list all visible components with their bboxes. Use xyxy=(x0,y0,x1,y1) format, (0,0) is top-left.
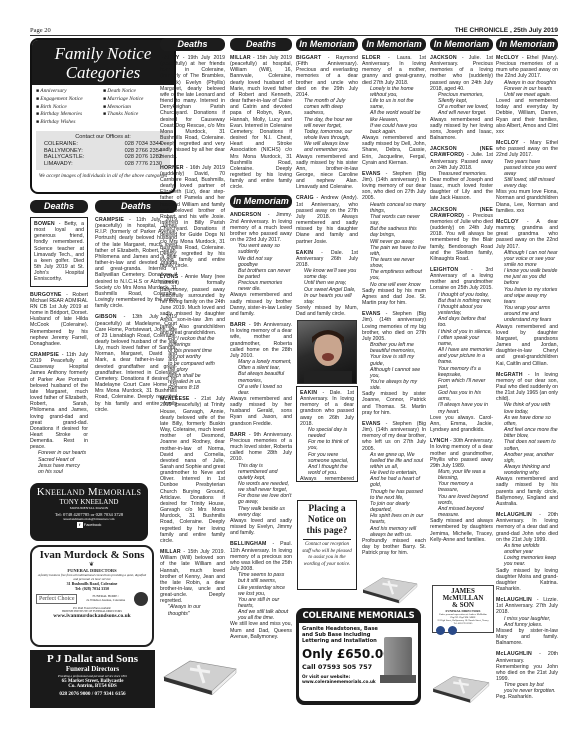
notice-signoff: Love you always. Carol-Ann, Emma, Jackie… xyxy=(430,415,493,433)
notice-signoff: Miss you mum love Fiona, Norman and gran… xyxy=(496,189,558,214)
notice-verse-line: Your love is still my guide, xyxy=(362,354,426,366)
notice-verse-line: Today, tomorrow, our whole lives through… xyxy=(296,129,358,141)
office-phone: 028 7776 2130 xyxy=(125,161,162,167)
notice-surname: EVANS xyxy=(362,311,381,317)
notice-surname: BURGOYNE xyxy=(30,292,62,298)
notice-verse-line: They walk beside us every day. xyxy=(230,506,292,518)
notice-entry: LYONS - Annie Mary (nee Lamont) formally… xyxy=(160,274,225,391)
notice-signoff: Always remembered and loved by daughter … xyxy=(496,324,558,367)
notice-verse-line: I miss your laughter, xyxy=(496,616,558,622)
category-item: Anniversary xyxy=(36,88,103,96)
notice-text: - Robert Michael REAR ADMIRAL RN CB 1st … xyxy=(30,292,88,347)
notice-verse-line: Your memory it's a keepsake, xyxy=(430,366,493,378)
notice-signoff: Profoundly missed each day by brother Ba… xyxy=(362,538,426,556)
section-header-deaths: Deaths xyxy=(30,200,88,213)
notice-text: - 16th July 2019 (suddenly) David, 70 Ca… xyxy=(160,165,225,270)
notice-surname: HORNER xyxy=(160,165,184,171)
notice-verse-line: All the world would be like Heaven, xyxy=(362,110,426,122)
bible-icon xyxy=(430,670,492,706)
office-town: LIMAVADY: xyxy=(44,161,73,167)
crest-icon xyxy=(436,626,445,635)
notice-signoff: Always remembered and sadly missed by he… xyxy=(430,117,493,142)
notice-verse-line: I thought about you yesterday, xyxy=(430,304,493,316)
notice-entry: McALEESE - 21st July 2019 (peacefully) a… xyxy=(160,396,225,544)
header-rule xyxy=(30,35,558,36)
notice-surname: MILLAR xyxy=(160,549,181,555)
mcmullan-phone: Tel: 028 276 62265 xyxy=(433,622,493,625)
notice-signoff: Peg. Rasharkin. xyxy=(496,694,558,700)
notice-verse-line: You're always by my side. xyxy=(362,379,426,391)
notice-verse-line: I know you walk beside me just as you di… xyxy=(496,268,558,286)
notice-entry: HORNER - 16th July 2019 (suddenly) David… xyxy=(160,165,225,270)
page-number: Page 20 xyxy=(30,27,51,34)
family-notice-categories: Family Notice Categories AnniversaryDeat… xyxy=(30,38,176,194)
notice-verse-line: That words can never say, xyxy=(362,214,426,226)
notice-signoff: Always remembered and sadly missed by hi… xyxy=(496,476,558,507)
notice-verse-line: I think of you in silence, xyxy=(430,329,493,335)
notice-text: - Betty, a most loyal and generous frien… xyxy=(34,221,84,282)
notice-verse-line: I thought of you today, xyxy=(430,292,493,298)
office-row: LIMAVADY:028 7776 2130 xyxy=(44,161,162,167)
offices-box: Contact our Offices at: COLERAINE:028 70… xyxy=(36,131,170,170)
notice-verse-line: But the sadness this day brings, xyxy=(362,226,426,238)
notice-verse-line: You are still in our hearts, xyxy=(230,597,292,609)
notice-text: - Precious memories of Julie who died (s… xyxy=(430,213,493,262)
notice-entry: McCLOY - A dear mammy, grandma and great… xyxy=(496,219,558,367)
section-header-in-memoriam: In Memoriam xyxy=(496,38,558,51)
notice-verse-line: For me to think of you, xyxy=(300,439,354,451)
notice-entry: JACKSON (NEE CRAWFORD) - Julie. 1st Anni… xyxy=(430,146,493,201)
kneeland-email: kneelandmemorials@btinternet.com xyxy=(30,517,148,521)
notice-entry: McLAUGHLIN - 20th Anniversary. Rememberi… xyxy=(496,651,558,700)
notice-text: - Raymond (Fifth Anniversary). Precious … xyxy=(296,55,358,98)
category-item: Engagement Notice xyxy=(36,96,103,104)
kneeland-memorials-ad: Kneeland Memorials TONY KNEELAND MONUMEN… xyxy=(30,483,148,541)
notice-signoff: Sorely missed by Mum, Dad and family cir… xyxy=(296,305,358,317)
notice-verse-line: I often speak your name, xyxy=(430,335,493,347)
placing-notice-box: Placing a Notice on this page? Contact o… xyxy=(297,500,357,590)
notice-entry: BELLINGHAM - Paul. 11th Anniversary. In … xyxy=(230,541,292,640)
notice-surname: HARDY xyxy=(160,55,179,61)
notice-entry: McLAUGHLIN - Lizzie. 1st Anniversary. 27… xyxy=(496,597,558,646)
notice-text: - 21st July 2019 (peacefully) at Trinity… xyxy=(160,396,225,544)
notice-text: - 11th July 2019 Peacefully at Causeway … xyxy=(30,352,88,450)
notice-signoff: Always remembered and sadly missed by he… xyxy=(230,396,292,427)
pj-description: Providing a professional and personal se… xyxy=(30,674,155,678)
notice-verse-line: He lived to entertain, And he had a hear… xyxy=(362,470,426,488)
notice-verse-line: No words are needed, we shall never forg… xyxy=(230,481,292,493)
deaths-column-1: Deaths BOWEN - Betty, a most loyal and g… xyxy=(30,200,88,480)
notice-verse-line: And will never forget. xyxy=(430,110,493,116)
notice-verse-line: No special day is needed xyxy=(300,427,354,439)
memoriam-column-6: In Memoriam ELDER - Laura. 1st Anniversa… xyxy=(362,38,426,573)
mcmullan-title: JAMES McMULLAN xyxy=(433,586,493,602)
notice-surname: BARR xyxy=(230,322,246,328)
notice-verse-line: thoughts" xyxy=(160,611,225,617)
offices-heading: Contact our Offices at: xyxy=(44,134,162,140)
notice-verse-line: And missed beyond measure. xyxy=(430,506,493,518)
notice-text: - Dale. 1st Anniversary. In loving memor… xyxy=(300,390,354,427)
coleraine-title: COLERAINE MEMORIALS xyxy=(296,608,421,623)
notice-surname: BOWEN xyxy=(34,221,55,227)
notice-verse-line: And I thought the world of you. xyxy=(300,464,354,476)
category-item: Birthday Wishes xyxy=(36,119,103,127)
kneeland-title: Kneeland Memorials xyxy=(30,483,148,498)
notice-verse-line: Still loved, still missed every day. xyxy=(496,177,558,189)
notice-verse-line: And feel once more the bitter blow, xyxy=(496,427,558,439)
notice-signoff: Always remembered and sadly missed by br… xyxy=(230,292,292,317)
portrait-image xyxy=(298,321,357,384)
notice-entry: ELDER - Laura. 1st Anniversary. In lovin… xyxy=(362,55,426,166)
categories-title: Family Notice Categories xyxy=(32,40,174,85)
notice-text: - 15th July 2019 (peacefully) at hospita… xyxy=(230,55,292,190)
ivan-description: A family business free from all multinat… xyxy=(32,573,152,581)
perfect-choice-text: Perfect Choice xyxy=(39,596,74,602)
association-icon xyxy=(448,626,457,635)
title-line-2: Categories xyxy=(32,63,174,82)
notice-text: - 15th July 2019. William (Will) beloved… xyxy=(160,549,225,604)
notice-verse-line: Two years have passed since you went awa… xyxy=(496,159,558,177)
notice-verse-line: Time goes by but you're never forgotten. xyxy=(496,682,558,694)
perfect-choice-logo: Perfect Choice xyxy=(36,594,77,604)
memoriam-column-5: In Memoriam BIGGART - Raymond (Fifth Ann… xyxy=(296,38,358,318)
notice-verse-line: Although I cannot see you, xyxy=(362,367,426,379)
notice-entry: BURGOYNE - Robert Michael REAR ADMIRAL R… xyxy=(30,292,88,347)
placing-body: Contact our reception staff who will be … xyxy=(298,542,356,568)
notice-entry: EVANS - Stephen (Big Jim). (14th anniver… xyxy=(362,421,426,556)
notice-surname: JACKSON xyxy=(430,55,457,61)
notice-signoff: Dear mother of Joseph and Isaac, much lo… xyxy=(430,177,493,202)
ivan-website[interactable]: www.ivanmurdockandsons.co.uk xyxy=(32,613,152,619)
notice-entry: CRAMPSIE - 11th July 2019 Peacefully at … xyxy=(30,352,88,475)
notice-verse-line: Lonely is the home without you, xyxy=(362,86,426,98)
notice-entry: MILLAR - 15th July 2019 (peacefully) at … xyxy=(230,55,292,190)
notice-verse-line: Always in our thoughts xyxy=(496,80,558,86)
notice-verse-line: We know we'll see you some day. xyxy=(296,268,358,280)
notice-verse-line: Loving memories keep you near. xyxy=(496,555,558,567)
notice-verse-line: I'll always have you in my heart. xyxy=(430,402,493,414)
notice-entry: McLAUGHLIN - 20th Anniversary. In loving… xyxy=(496,512,558,592)
notice-surname: EAKIN xyxy=(296,250,313,256)
notice-verse-line: The day, the hour we will never forget, xyxy=(296,117,358,129)
notice-verse-line: Mum, your life was a blessing, xyxy=(430,469,493,481)
placing-line-2: Notice on xyxy=(298,515,356,526)
headstone-image xyxy=(384,637,412,677)
notice-verse-line: This day is remembered and quietly kept, xyxy=(230,463,292,481)
notice-verse-line: on his soul xyxy=(30,469,88,475)
publication-date: THE CHRONICLE , 25th July 2019 xyxy=(455,27,558,34)
title-line-1: Family Notice xyxy=(32,44,174,63)
ivan-murdock-ad: Ivan Murdock & Sons ❦ FUNERAL DIRECTORS … xyxy=(30,545,154,647)
notice-entry: BARR - 9th Anniversary. In loving memory… xyxy=(230,322,292,427)
notice-signoff: Sadly missed and always remembered by da… xyxy=(430,518,493,543)
notice-verse-line: Romans 8:18 xyxy=(160,385,225,391)
notice-surname: CRAMPSIE xyxy=(30,352,59,358)
notice-verse-line: As we grew up, We fuelled the life and s… xyxy=(362,452,426,470)
facebook-badge[interactable]: f Facebook xyxy=(30,522,148,528)
notice-verse-line: Our sweet Angel Dale, xyxy=(296,287,358,293)
notice-surname: LEIGHTON xyxy=(430,267,458,273)
bible-icon xyxy=(360,573,420,605)
pj-dallat-ad: P J Dallat and Sons Funeral Directors Pr… xyxy=(30,650,155,708)
notice-verse-line: You went away so suddenly xyxy=(230,243,292,255)
notice-entry: JACKSON (NEE CRAWFORD) - Precious memori… xyxy=(430,207,493,262)
notice-surname: LYONS xyxy=(160,274,178,280)
notice-verse-line: Like yesterday since we lost you, xyxy=(230,585,292,597)
notice-entry: JACKSON - Julie. 1st Anniversary. Precio… xyxy=(430,55,493,141)
deaths-column-3: Deaths HARDY - 19th July 2019 (peacefull… xyxy=(160,38,225,648)
kneeland-name: TONY KNEELAND xyxy=(30,498,148,506)
notice-verse-line: The emptiness without you, xyxy=(362,269,426,281)
funeral-home-address: 2a Windsor Avenue, Coleraine xyxy=(86,599,125,603)
section-header-in-memoriam: In Memoriam xyxy=(430,38,493,51)
notice-verse-line: Brother you left me beautiful memories, xyxy=(362,342,426,354)
notice-surname: McALEESE xyxy=(160,396,190,402)
category-item: Birth Notice xyxy=(36,104,103,112)
notice-surname: EVANS xyxy=(362,171,381,177)
notice-signoff: Sadly missed by his mum Agnes and dad Jo… xyxy=(362,288,426,306)
kneeland-role: MONUMENTAL MASON xyxy=(30,506,148,510)
notice-entry: EVANS - Stephen (Big Jim). (14th anniver… xyxy=(362,311,426,416)
notice-verse-line: But always beautiful memories, xyxy=(230,371,292,383)
notice-surname: MILLAR xyxy=(230,55,251,61)
section-header-in-memoriam: In Memoriam xyxy=(362,38,426,51)
notice-surname: McLAUGHLIN xyxy=(496,597,532,603)
placing-line-1: Placing a xyxy=(298,504,356,515)
notice-verse-line: Of a wife I loved so dear. xyxy=(230,384,292,396)
notice-surname: ANDERSON xyxy=(230,212,261,218)
notice-surname: McGRATH xyxy=(496,372,523,378)
notice-entry: LEIGHTON - 3rd Anniversary of a loving m… xyxy=(430,267,493,433)
notice-verse-line: Hearts conceal so many things, xyxy=(362,202,426,214)
facebook-icon: f xyxy=(77,522,83,528)
notice-verse-line: If we could have you back again. xyxy=(362,123,426,135)
bible-icon xyxy=(160,655,240,697)
notice-entry: EAKIN - Dale. 1st Anniversary. In loving… xyxy=(300,390,354,482)
section-header-in-memoriam: In Memoriam xyxy=(230,195,292,208)
pj-phones: 028 2076 9000 / 077 9341 6156 xyxy=(30,691,155,697)
notice-entry: LYNCH - 30th Anniversary. In loving memo… xyxy=(430,438,493,543)
notice-text: - 9th Anniversary. In loving memory of a… xyxy=(230,322,292,359)
james-mcmullan-ad: JAMES McMULLAN & SON FUNERAL DIRECTORS U… xyxy=(432,585,494,633)
notice-verse-line: Another year, another sigh, xyxy=(496,452,558,464)
notice-signoff: Always remembered and sadly missed by Gr… xyxy=(300,476,354,482)
section-header-deaths: Deaths xyxy=(160,38,225,51)
notice-verse-line: His spirit lives on in our hearts, xyxy=(362,513,426,525)
notice-signoff: Sadly missed by sister Joanne, Connor, P… xyxy=(362,391,426,416)
notice-entry: CRAIG - Andrew (Andy). 1st Anniversary, … xyxy=(296,195,358,244)
notice-entry: EVANS - Stephen (Big Jim). (14th anniver… xyxy=(362,171,426,306)
notice-surname: McLAUGHLIN xyxy=(496,651,532,657)
notice-surname: CRAIG xyxy=(296,195,314,201)
coleraine-memorials-ad: COLERAINE MEMORIALS Granite Headstones, … xyxy=(296,608,421,705)
notice-verse-line: We did not say goodbye xyxy=(230,256,292,268)
notice-verse-line: And his memory will always be with us. xyxy=(362,526,426,538)
notice-verse-line: We will always love and remember you. xyxy=(296,141,358,153)
notice-signoff: Always remembered and sadly missed by hi… xyxy=(296,154,358,191)
notice-entry: HARDY - 19th July 2019 (peacefully) at h… xyxy=(160,55,225,160)
notice-entry: BIGGART - Raymond (Fifth Anniversary). P… xyxy=(296,55,358,190)
notice-entry: ANDERSON - Jimmy. 2nd Anniversary. In lo… xyxy=(230,212,292,317)
lion-crest-icon xyxy=(134,592,148,606)
notice-text: - Annie Mary (nee Lamont) formally Bally… xyxy=(160,274,225,335)
notice-signoff: Always remembered and sadly missed by De… xyxy=(362,135,426,166)
notice-verse-line: No one will ever know xyxy=(362,282,426,288)
notice-text: - Julie. 1st Anniversary. Precious memor… xyxy=(430,55,493,92)
notice-verse-line: You wrap your arms around me and underst… xyxy=(496,305,558,323)
notice-entry: MILLAR - 15th July 2019. William (Will) … xyxy=(160,549,225,617)
notice-surname: McCLOY xyxy=(496,140,519,146)
memoriam-column-7: In Memoriam JACKSON - Julie. 1st Anniver… xyxy=(430,38,493,583)
category-item: Birthday Memories xyxy=(36,111,103,119)
notice-entry: McCLOY - Mary Ethel who passed away on t… xyxy=(496,140,558,214)
notice-verse-line: As we have done so often, xyxy=(496,415,558,427)
notice-entry: BOWEN - Betty, a most loyal and generous… xyxy=(30,217,88,287)
notice-entry: McGRATH - In loving memory of our dear s… xyxy=(496,372,558,507)
notice-signoff: We still love and miss you, Mum and Dad,… xyxy=(230,621,292,639)
deaths-memoriam-column-4: Deaths MILLAR - 15th July 2019 (peaceful… xyxy=(230,38,292,650)
notice-verse-line: Always thinking and wondering why. xyxy=(496,464,558,476)
notice-verse-line: That does not seem to soften, xyxy=(496,439,558,451)
notice-entry: McCLOY - Ethel (Mary). Precious memories… xyxy=(496,55,558,135)
notice-verse-line: Although I can not hear your voice or se… xyxy=(496,250,558,268)
ivan-title: Ivan Murdock & Sons xyxy=(32,547,152,561)
notice-verse-line: To join our dearly departed, xyxy=(362,501,426,513)
notice-verse-line: From which I'll never part, xyxy=(430,378,493,390)
pj-title: P J Dallat and Sons xyxy=(30,650,155,665)
notice-verse-line: For you were someone special, xyxy=(300,452,354,464)
notice-verse-line: Though he has passed to the next life, xyxy=(362,489,426,501)
notice-surname: BIGGART xyxy=(296,55,321,61)
notice-verse-line: You are loved beyond words, xyxy=(430,494,493,506)
notice-verse-line: Your memory a treasure, xyxy=(430,481,493,493)
notice-text: - Andrew (Andy). 1st Anniversary, who pa… xyxy=(296,195,358,244)
notice-surname: BARR xyxy=(230,432,246,438)
notice-surname: McCLOY xyxy=(496,55,519,61)
notice-verse-line: In our hearts you will stay. xyxy=(296,293,358,305)
category-list: AnniversaryDeath NoticeEngagement Notice… xyxy=(32,85,174,127)
notice-verse-line: God has you in his arms, xyxy=(430,390,493,402)
placing-line-3: this page? xyxy=(298,526,356,537)
notice-signoff: Loved and remembered today and everyday … xyxy=(496,98,558,135)
mcmullan-title-2: & SON xyxy=(433,602,493,609)
notice-surname: LYNCH xyxy=(430,438,448,444)
memorial-photo xyxy=(297,320,357,384)
pj-subtitle: Funeral Directors xyxy=(30,665,155,673)
notice-verse-line: Precious memories never die. xyxy=(230,280,292,292)
section-header-deaths: Deaths xyxy=(230,38,292,51)
notice-surname: BELLINGHAM xyxy=(230,541,267,547)
notice-entry: BARR - 9th Anniversary. Precious memorie… xyxy=(230,432,292,537)
notice-verse-line: As time unfolds another year xyxy=(496,543,558,555)
notice-entry: EAKIN - Dale. 1st Anniversary 26th July … xyxy=(296,250,358,318)
notice-signoff: Missed by sister-in-law Mary and family.… xyxy=(496,628,558,646)
memoriam-column-8: In Memoriam McCLOY - Ethel (Mary). Preci… xyxy=(496,38,558,703)
notice-signoff: Sadly missed by loving daughter Moira an… xyxy=(496,568,558,593)
notice-verse-line: For those we love don't go away, xyxy=(230,493,292,505)
notice-verse-line: The tears we never show, xyxy=(362,257,426,269)
notice-verse-line: The pain we have to live with, xyxy=(362,245,426,257)
notice-verse-line: Life to us is not the same, xyxy=(362,98,426,110)
notice-signoff: Always loved and sadly missed by Evelyn,… xyxy=(230,518,292,536)
notice-surname: McLAUGHLIN xyxy=(496,512,532,518)
notice-surname: McCLOY xyxy=(496,219,519,225)
notice-verse-line: Forever in our hearts xyxy=(30,450,88,456)
notice-verse-line: But brothers can never be parted xyxy=(230,268,292,280)
notice-surname: GIBSON xyxy=(95,314,117,320)
notice-surname: ELDER xyxy=(362,55,381,61)
notice-verse-line: All I have are memories and your picture… xyxy=(430,347,493,365)
notice-verse-line: You listen to my stories and wipe away m… xyxy=(496,287,558,305)
notice-verse-line: And we still talk about you all the time… xyxy=(230,609,292,621)
notice-surname: EVANS xyxy=(362,421,381,427)
section-header-in-memoriam: In Memoriam xyxy=(296,38,358,51)
notice-verse-line: The month of July comes with deep sadnes… xyxy=(296,98,358,116)
notice-verse-line: For I reckon that the sufferings xyxy=(160,336,225,348)
pj-address-2: Co. Antrim, BT54 6DS xyxy=(30,684,155,689)
notice-verse-line: We think of you with love today, xyxy=(496,402,558,414)
headstone-base xyxy=(380,675,416,683)
notice-surname: CRAMPSIE xyxy=(95,217,124,223)
ornament-icon: ❦ xyxy=(32,561,152,568)
categories-note: We accept images of individuals in all o… xyxy=(32,170,174,182)
notice-verse-line: And days before that too. xyxy=(430,316,493,328)
notice-text: - 19th July 2019 (peacefully) at her fri… xyxy=(160,55,225,160)
facebook-label: Facebook xyxy=(84,522,102,527)
eakin-photo-notice: EAKIN - Dale. 1st Anniversary. In loving… xyxy=(296,386,358,482)
notice-surname: EAKIN xyxy=(300,390,317,396)
notice-verse-line: Time seems to pass but it still seems, xyxy=(230,572,292,584)
